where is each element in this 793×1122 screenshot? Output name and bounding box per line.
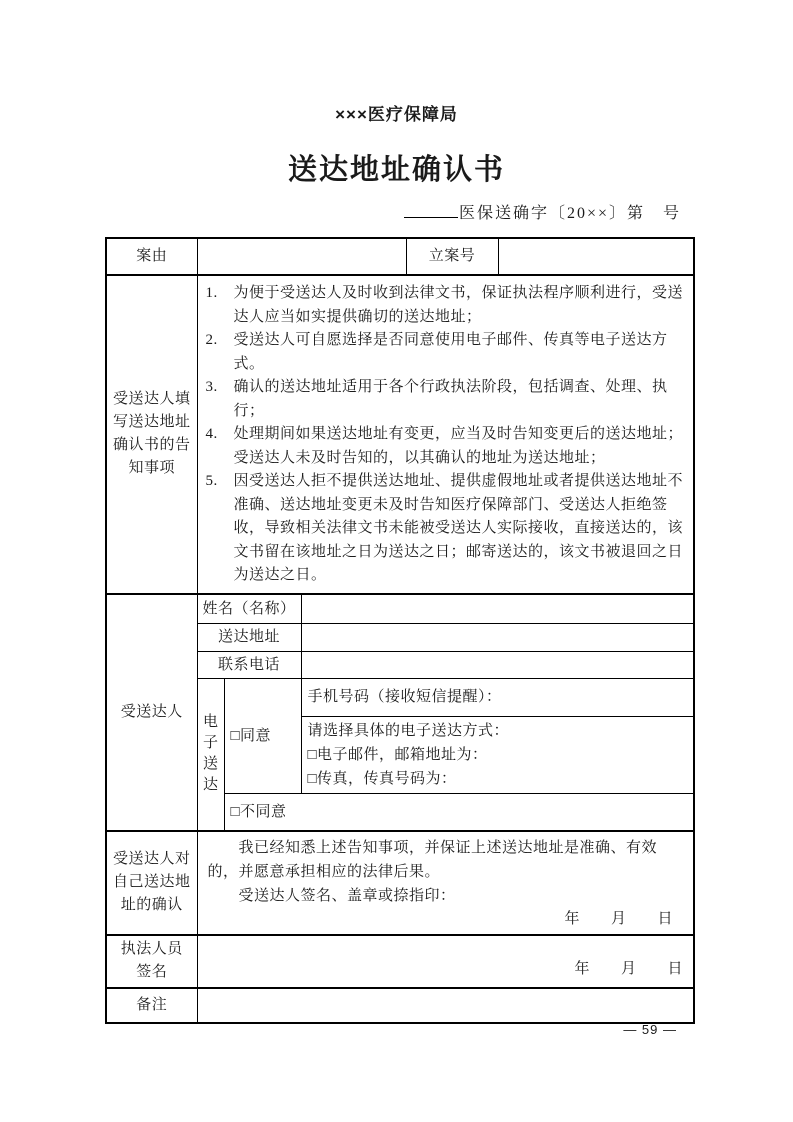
confirmation-row-label-text: 受送达人对自己送达地址的确认 xyxy=(112,848,192,917)
notice-item-number: 5. xyxy=(206,470,234,588)
enforcer-signature-cell[interactable]: 年 月 日 xyxy=(197,935,694,988)
recipient-address-label: 送达地址 xyxy=(197,624,301,652)
doc-number-line: 医保送确字〔20××〕第 号 xyxy=(0,200,793,223)
confirmation-sign-label[interactable]: 受送达人签名、盖章或捺指印： xyxy=(208,884,684,908)
doc-number-blank[interactable] xyxy=(404,200,458,218)
org-name: ×××医疗保障局 xyxy=(0,100,793,125)
recipient-row-label: 受送达人 xyxy=(106,594,197,831)
document-page: ×××医疗保障局 送达地址确认书 医保送确字〔20××〕第 号 案由 立案号 受… xyxy=(0,0,793,1122)
confirmation-date-line[interactable]: 年 月 日 xyxy=(208,908,684,930)
confirmation-cell: 我已经知悉上述告知事项，并保证上述送达地址是准确、有效的，并愿意承担相应的法律后… xyxy=(197,831,694,935)
case-number-value[interactable] xyxy=(498,238,694,275)
agree-checkbox-option[interactable]: □同意 xyxy=(224,679,301,794)
notice-item-text: 受送达人可自愿选择是否同意使用电子邮件、传真等电子送达方式。 xyxy=(234,329,688,376)
recipient-phone-value[interactable] xyxy=(301,651,694,679)
electronic-service-label: 电子送达 xyxy=(197,679,224,831)
doc-number-text: 医保送确字〔20××〕第 号 xyxy=(459,205,681,222)
disagree-checkbox-option[interactable]: □不同意 xyxy=(224,794,694,831)
notice-row-label-text: 受送达人填写送达地址确认书的告知事项 xyxy=(112,388,192,480)
notice-item-number: 4. xyxy=(206,423,234,470)
notice-item: 3. 确认的送达地址适用于各个行政执法阶段，包括调查、处理、执行； xyxy=(206,376,688,423)
email-checkbox-option[interactable]: □电子邮件，邮箱地址为： xyxy=(308,743,688,767)
notice-items-cell: 1. 为便于受送达人及时收到法律文书，保证执法程序顺利进行，受送达人应当如实提供… xyxy=(197,275,694,594)
choose-method-label: 请选择具体的电子送达方式： xyxy=(308,719,688,743)
notice-item: 4. 处理期间如果送达地址有变更，应当及时告知变更后的送达地址；受送达人未及时告… xyxy=(206,423,688,470)
notice-item-text: 处理期间如果送达地址有变更，应当及时告知变更后的送达地址；受送达人未及时告知的，… xyxy=(234,423,688,470)
confirmation-row-label: 受送达人对自己送达地址的确认 xyxy=(106,831,197,935)
electronic-service-label-text: 电子送达 xyxy=(203,712,219,796)
notice-item: 2. 受送达人可自愿选择是否同意使用电子邮件、传真等电子送达方式。 xyxy=(206,329,688,376)
notice-item: 1. 为便于受送达人及时收到法律文书，保证执法程序顺利进行，受送达人应当如实提供… xyxy=(206,282,688,329)
case-cause-label: 案由 xyxy=(106,238,197,275)
fax-checkbox-option[interactable]: □传真，传真号码为： xyxy=(308,767,688,791)
recipient-name-label: 姓名（名称） xyxy=(197,594,301,624)
remarks-value[interactable] xyxy=(197,988,694,1023)
recipient-address-value[interactable] xyxy=(301,624,694,652)
enforcer-date-line[interactable]: 年 月 日 xyxy=(575,961,684,977)
recipient-phone-label: 联系电话 xyxy=(197,651,301,679)
mobile-number-field[interactable]: 手机号码（接收短信提醒）： xyxy=(301,679,694,717)
notice-item-text: 为便于受送达人及时收到法律文书，保证执法程序顺利进行，受送达人应当如实提供确切的… xyxy=(234,282,688,329)
recipient-name-value[interactable] xyxy=(301,594,694,624)
page-number: — 59 — xyxy=(623,1022,677,1037)
notice-item-number: 2. xyxy=(206,329,234,376)
notice-item-number: 1. xyxy=(206,282,234,329)
notice-item-text: 确认的送达地址适用于各个行政执法阶段，包括调查、处理、执行； xyxy=(234,376,688,423)
case-number-label: 立案号 xyxy=(406,238,498,275)
notice-item: 5. 因受送达人拒不提供送达地址、提供虚假地址或者提供送达地址不准确、送达地址变… xyxy=(206,470,688,588)
enforcer-row-label: 执法人员签名 xyxy=(106,935,197,988)
notice-item-number: 3. xyxy=(206,376,234,423)
page-title: 送达地址确认书 xyxy=(0,147,793,188)
notice-row-label: 受送达人填写送达地址确认书的告知事项 xyxy=(106,275,197,594)
enforcer-row-label-text: 执法人员签名 xyxy=(120,938,184,984)
confirmation-statement: 我已经知悉上述告知事项，并保证上述送达地址是准确、有效的，并愿意承担相应的法律后… xyxy=(208,836,684,884)
electronic-method-cell: 请选择具体的电子送达方式： □电子邮件，邮箱地址为： □传真，传真号码为： xyxy=(301,717,694,794)
notice-item-text: 因受送达人拒不提供送达地址、提供虚假地址或者提供送达地址不准确、送达地址变更未及… xyxy=(234,470,688,588)
confirmation-form-table: 案由 立案号 受送达人填写送达地址确认书的告知事项 1. 为便于受送达人及时收到… xyxy=(105,237,695,1024)
remarks-label: 备注 xyxy=(106,988,197,1023)
case-cause-value[interactable] xyxy=(197,238,406,275)
